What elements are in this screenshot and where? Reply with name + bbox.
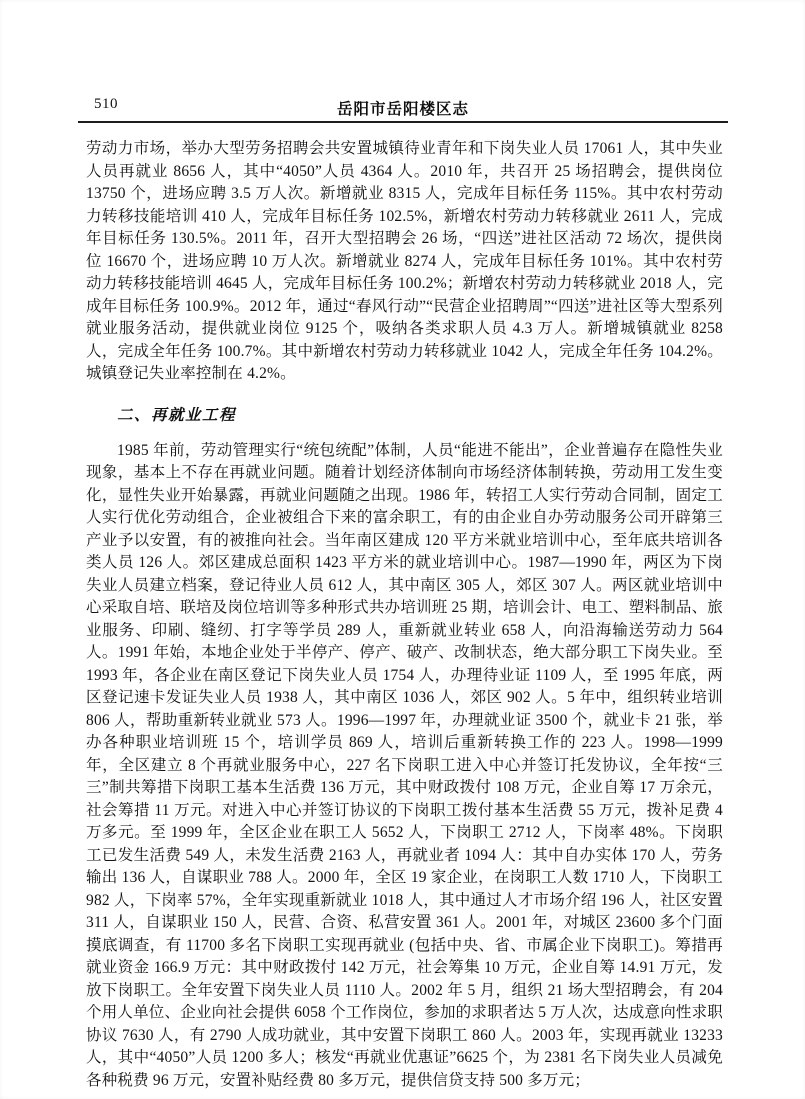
book-title: 岳阳市岳阳楼区志 xyxy=(78,97,728,119)
paragraph-employment-stats: 劳动力市场，举办大型劳务招聘会共安置城镇待业青年和下岗失业人员 17061 人，… xyxy=(86,138,723,386)
running-header: 510 岳阳市岳阳楼区志 xyxy=(78,96,728,118)
header-rule-divider xyxy=(78,121,728,123)
paragraph-reemployment-history: 1985 年前，劳动管理实行“统包统配”体制，人员“能进不能出”，企业普遍存在隐… xyxy=(86,440,723,1093)
page-body: 劳动力市场，举办大型劳务招聘会共安置城镇待业青年和下岗失业人员 17061 人，… xyxy=(86,138,723,1092)
section-heading-reemployment-project: 二、再就业工程 xyxy=(86,386,723,440)
scanned-book-page: 510 岳阳市岳阳楼区志 劳动力市场，举办大型劳务招聘会共安置城镇待业青年和下岗… xyxy=(0,0,805,1099)
